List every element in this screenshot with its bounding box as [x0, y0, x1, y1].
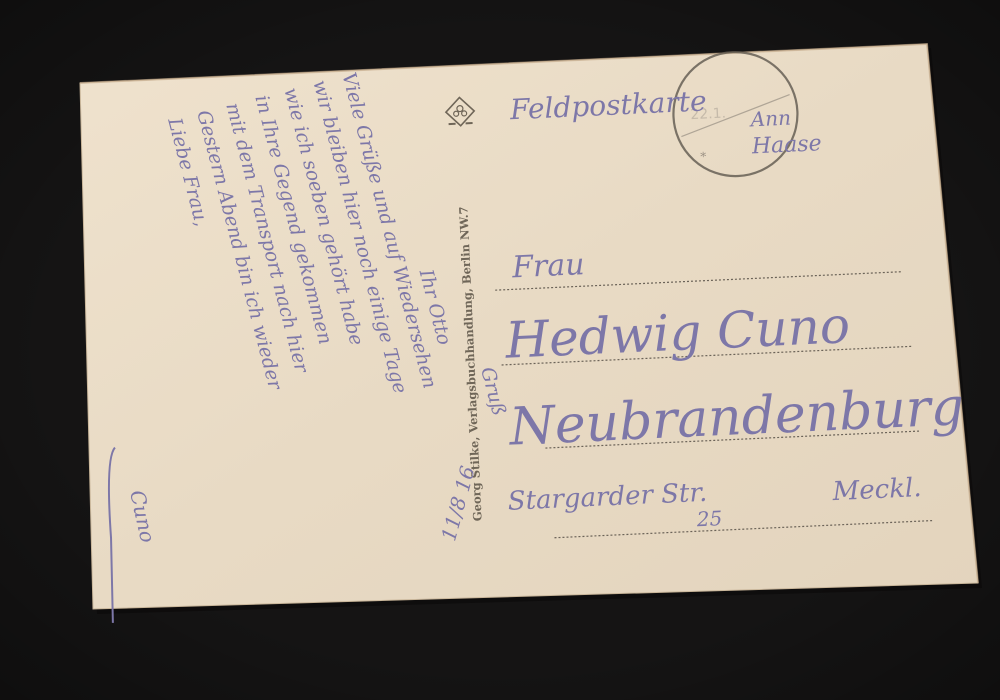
sender-unit-line-2: Haase: [750, 131, 822, 159]
postcard-photo: Georg Stilke, Verlagsbuchhandlung, Berli…: [0, 0, 1000, 700]
address-house-number: 25: [695, 506, 723, 531]
address-region: Meckl.: [831, 473, 922, 507]
sender-unit-line-1: Ann: [748, 106, 791, 132]
svg-text:*: *: [700, 149, 707, 163]
address-salutation: Frau: [510, 247, 585, 285]
